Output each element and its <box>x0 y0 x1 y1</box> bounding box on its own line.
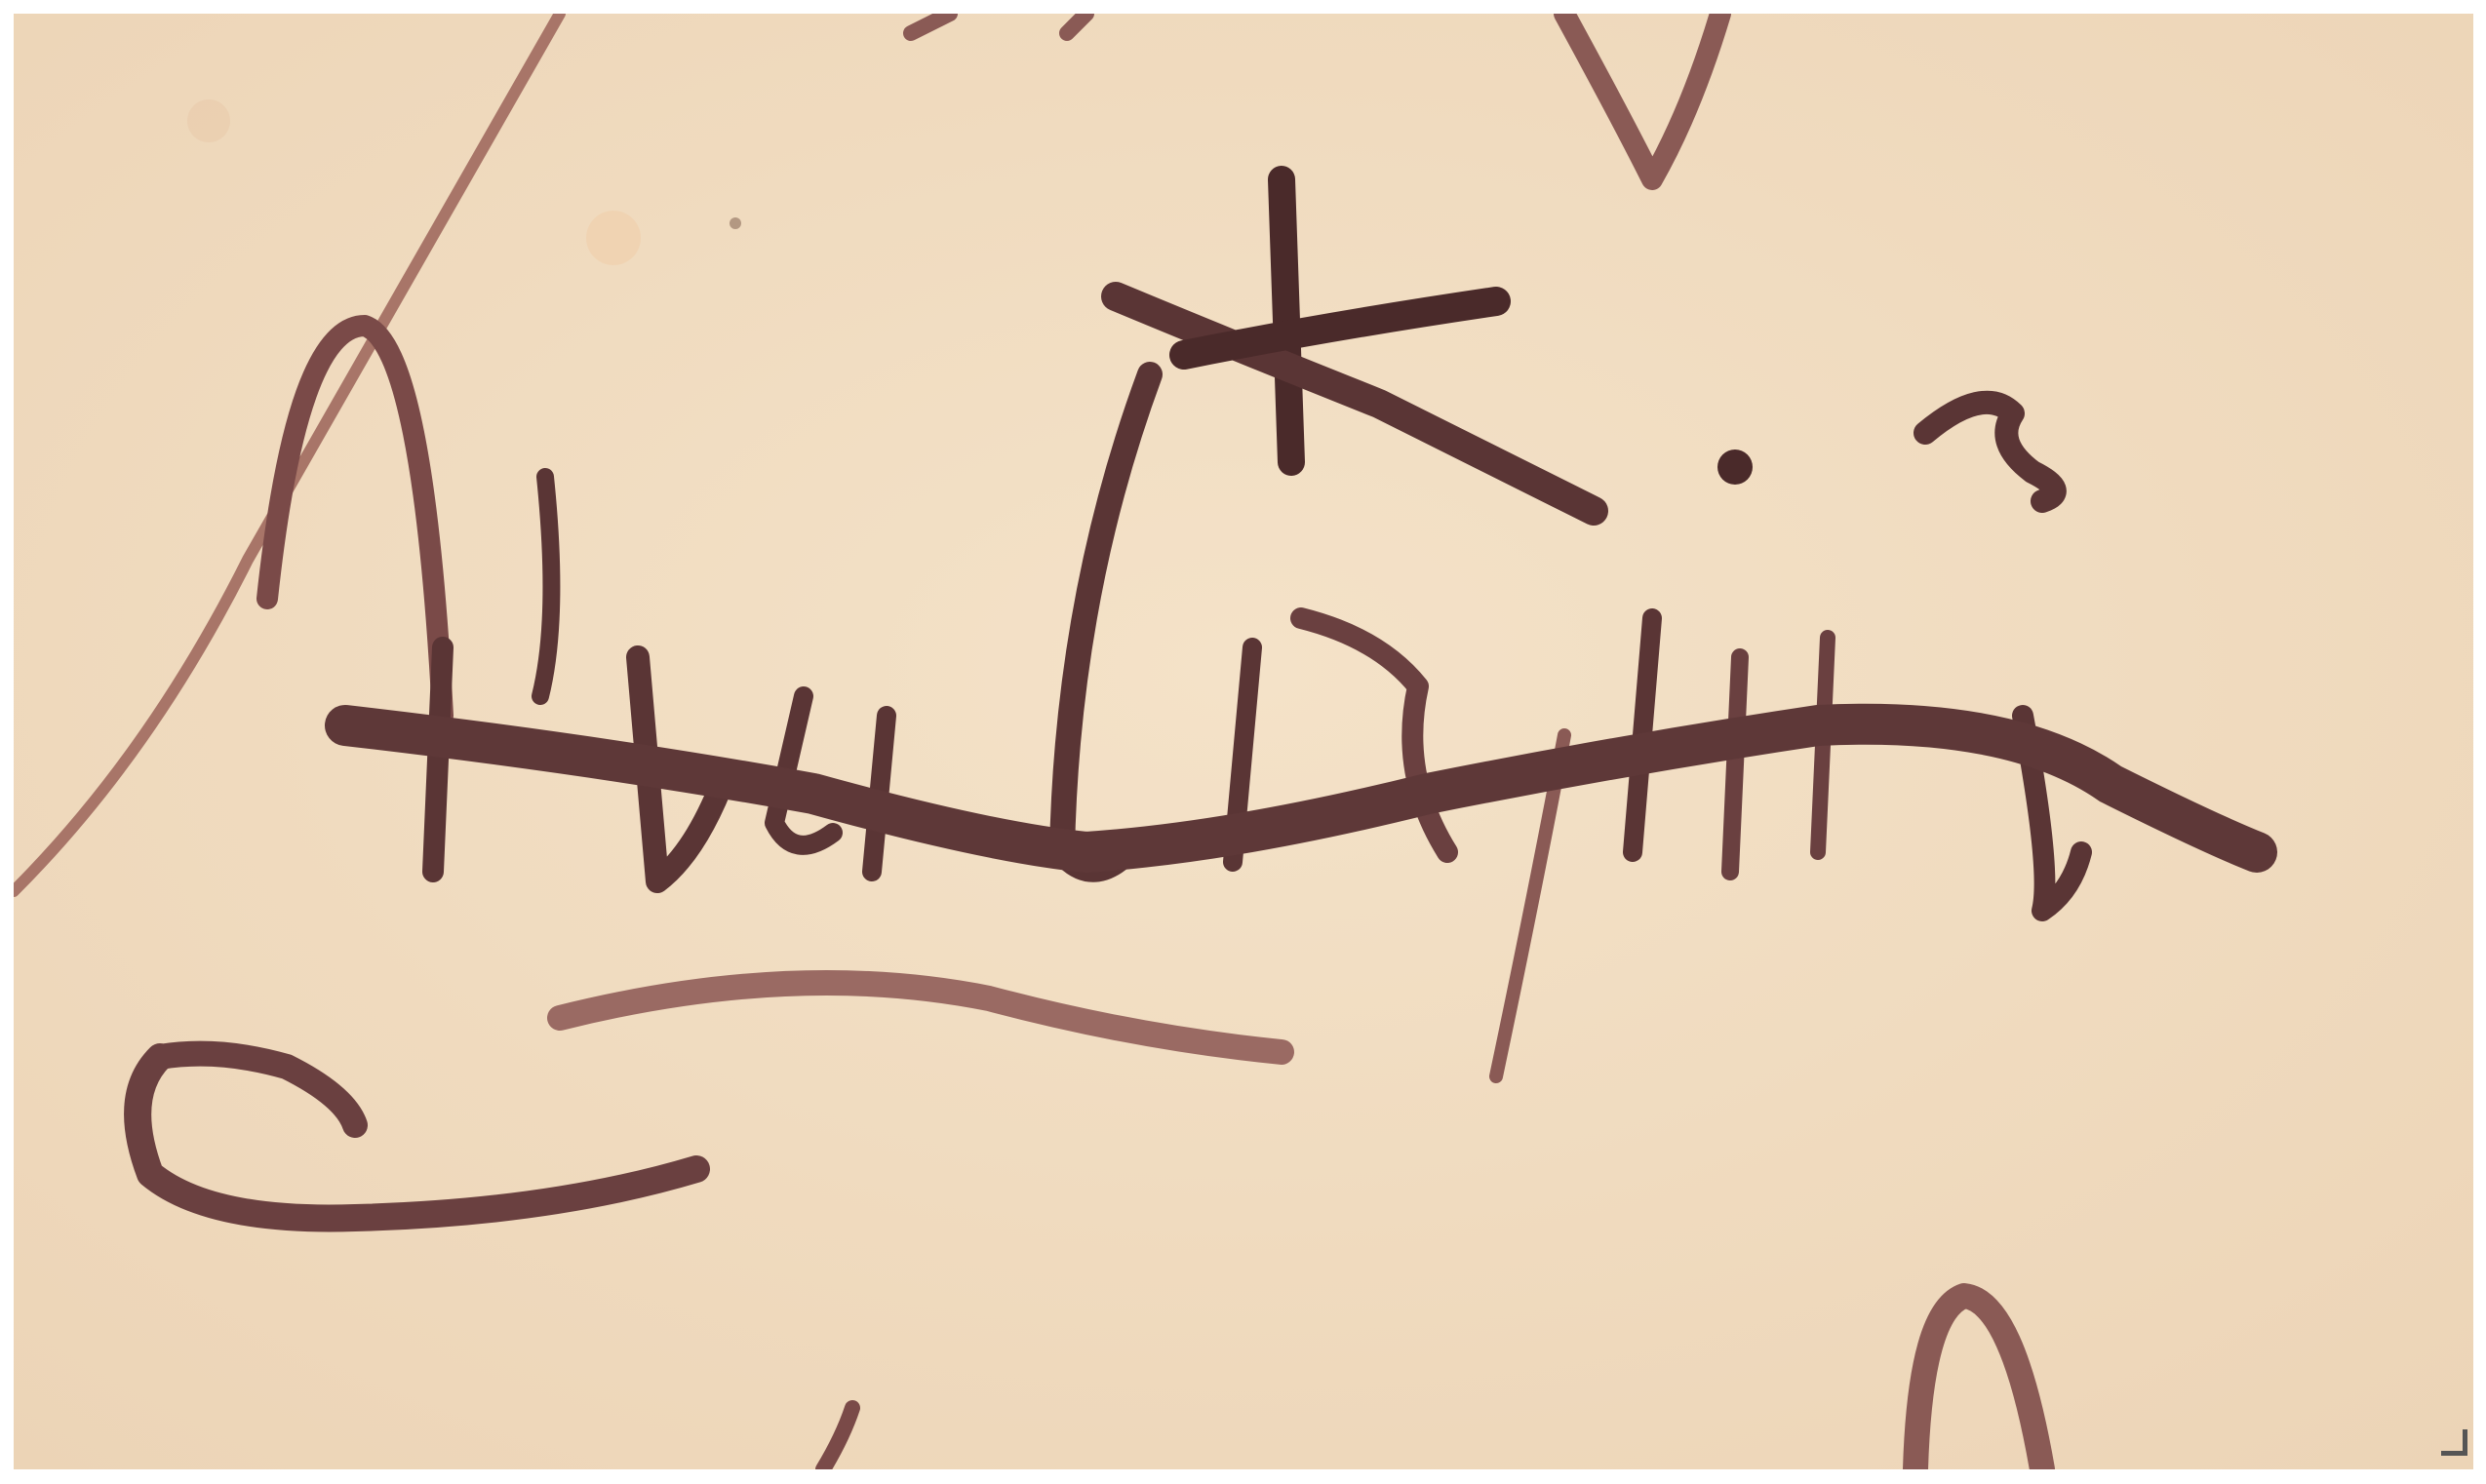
photo-frame <box>14 14 2473 1469</box>
corner-mark <box>2441 1429 2467 1456</box>
dot-and-hook-mark <box>1717 449 1753 485</box>
handwriting-photo <box>14 14 2473 1469</box>
